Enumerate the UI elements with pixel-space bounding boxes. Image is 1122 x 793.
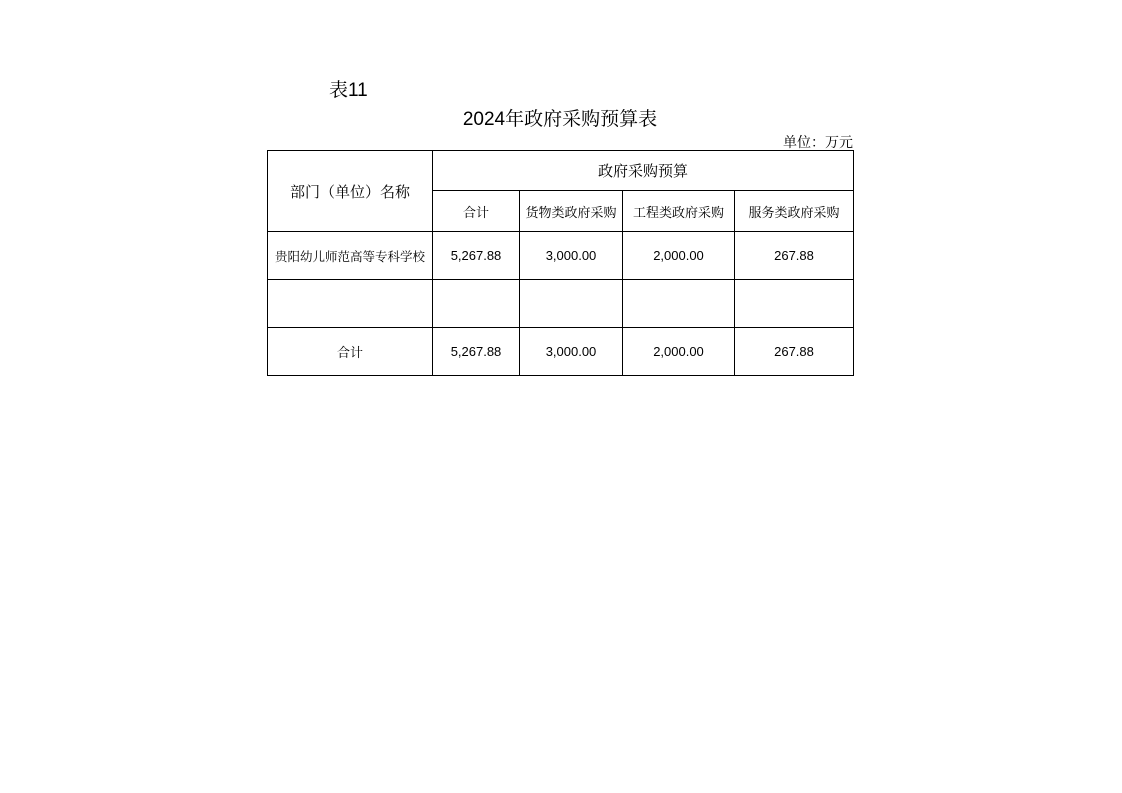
- procurement-budget-table: 部门（单位）名称 政府采购预算 合计 货物类政府采购 工程类政府采购 服务类政府…: [267, 150, 854, 376]
- total-cell: [433, 280, 520, 328]
- header-row-1: 部门（单位）名称 政府采购预算: [268, 151, 854, 191]
- total-row: 合计 5,267.88 3,000.00 2,000.00 267.88: [268, 328, 854, 376]
- table-row-empty: [268, 280, 854, 328]
- dept-name-header: 部门（单位）名称: [268, 151, 433, 232]
- table-number: 表11: [329, 75, 368, 102]
- engineering-cell: 2,000.00: [623, 328, 735, 376]
- unit-label: 单位：万元: [783, 132, 853, 152]
- document-title: 2024年政府采购预算表: [267, 104, 853, 131]
- column-header-services: 服务类政府采购: [735, 191, 854, 232]
- column-header-engineering: 工程类政府采购: [623, 191, 735, 232]
- services-cell: 267.88: [735, 232, 854, 280]
- services-cell: [735, 280, 854, 328]
- engineering-cell: [623, 280, 735, 328]
- services-cell: 267.88: [735, 328, 854, 376]
- goods-cell: [520, 280, 623, 328]
- dept-name-cell: [268, 280, 433, 328]
- goods-cell: 3,000.00: [520, 232, 623, 280]
- column-header-total: 合计: [433, 191, 520, 232]
- total-label-cell: 合计: [268, 328, 433, 376]
- column-header-goods: 货物类政府采购: [520, 191, 623, 232]
- engineering-cell: 2,000.00: [623, 232, 735, 280]
- goods-cell: 3,000.00: [520, 328, 623, 376]
- table-row: 贵阳幼儿师范高等专科学校 5,267.88 3,000.00 2,000.00 …: [268, 232, 854, 280]
- dept-name-cell: 贵阳幼儿师范高等专科学校: [268, 232, 433, 280]
- procurement-budget-group-header: 政府采购预算: [433, 151, 854, 191]
- total-cell: 5,267.88: [433, 232, 520, 280]
- total-cell: 5,267.88: [433, 328, 520, 376]
